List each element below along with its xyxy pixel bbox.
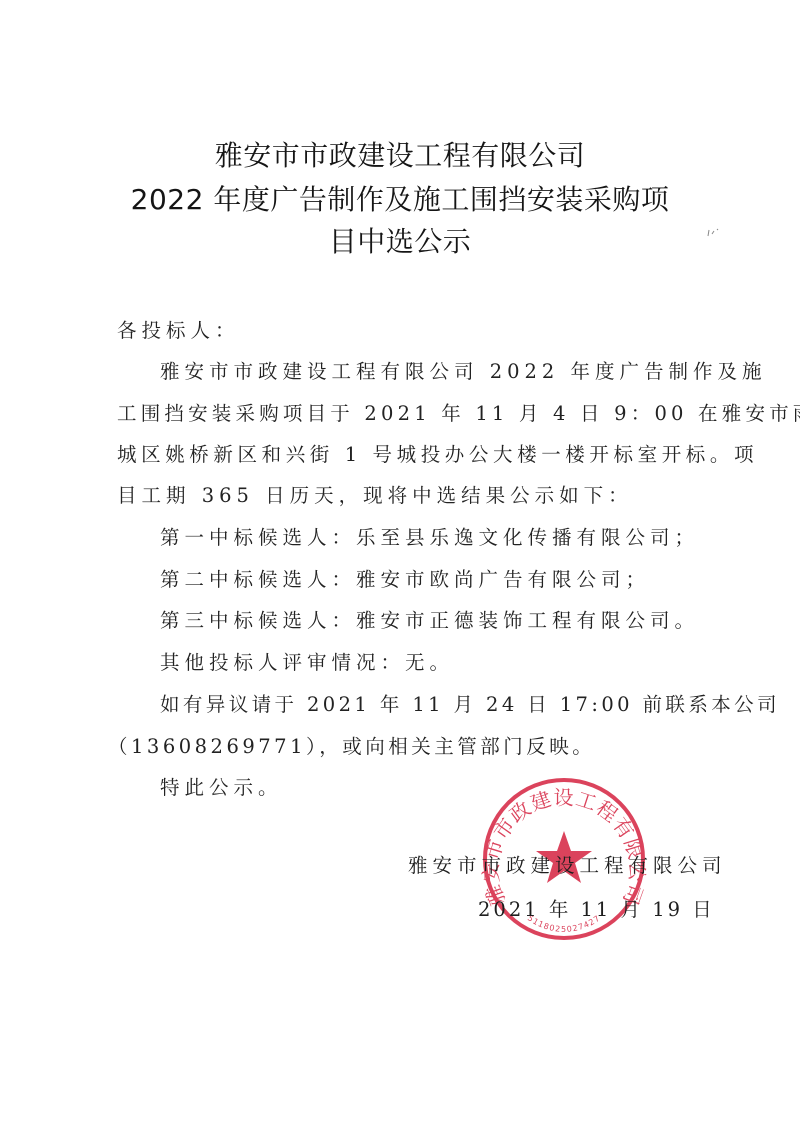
candidate-3-name: 雅安市正德装饰工程有限公司。 [356,609,699,632]
scan-speck-mark [706,228,720,238]
signature-date: 2021 年 11 月 19 日 [478,895,715,925]
candidate-2-label: 第二中标候选人： [160,568,356,591]
other-bidders: 其他投标人评审情况：无。 [160,648,454,678]
candidate-1-name: 乐至县乐逸文化传播有限公司； [356,526,699,549]
body-line-3: 城区姚桥新区和兴街 1 号城投办公大楼一楼开标室开标。项 [117,440,758,470]
salutation: 各投标人： [117,316,240,346]
document-page: 雅安市市政建设工程有限公司 2022 年度广告制作及施工围挡安装采购项 目中选公… [0,0,800,1140]
title-line-2: 2022 年度广告制作及施工围挡安装采购项 [0,180,800,220]
closing: 特此公示。 [160,773,283,803]
candidate-1-label: 第一中标候选人： [160,526,356,549]
candidate-1: 第一中标候选人：乐至县乐逸文化传播有限公司； [160,523,699,553]
candidate-3-label: 第三中标候选人： [160,609,356,632]
candidate-2-name: 雅安市欧尚广告有限公司； [356,568,650,591]
body-line-2: 工围挡安装采购项目于 2021 年 11 月 4 日 9：00 在雅安市雨 [117,399,800,429]
candidate-3: 第三中标候选人：雅安市正德装饰工程有限公司。 [160,606,699,636]
body-line-4: 目工期 365 日历天，现将中选结果公示如下： [117,481,633,511]
body-line-1: 雅安市市政建设工程有限公司 2022 年度广告制作及施 [160,357,767,387]
objection-line-2: （13608269771），或向相关主管部门反映。 [108,732,595,762]
objection-line-1: 如有异议请于 2021 年 11 月 24 日 17:00 前联系本公司 [160,690,780,720]
title-line-3: 目中选公示 [0,222,800,262]
title-line-1: 雅安市市政建设工程有限公司 [0,136,800,176]
signature-company: 雅安市市政建设工程有限公司 [408,851,727,881]
candidate-2: 第二中标候选人：雅安市欧尚广告有限公司； [160,565,650,595]
